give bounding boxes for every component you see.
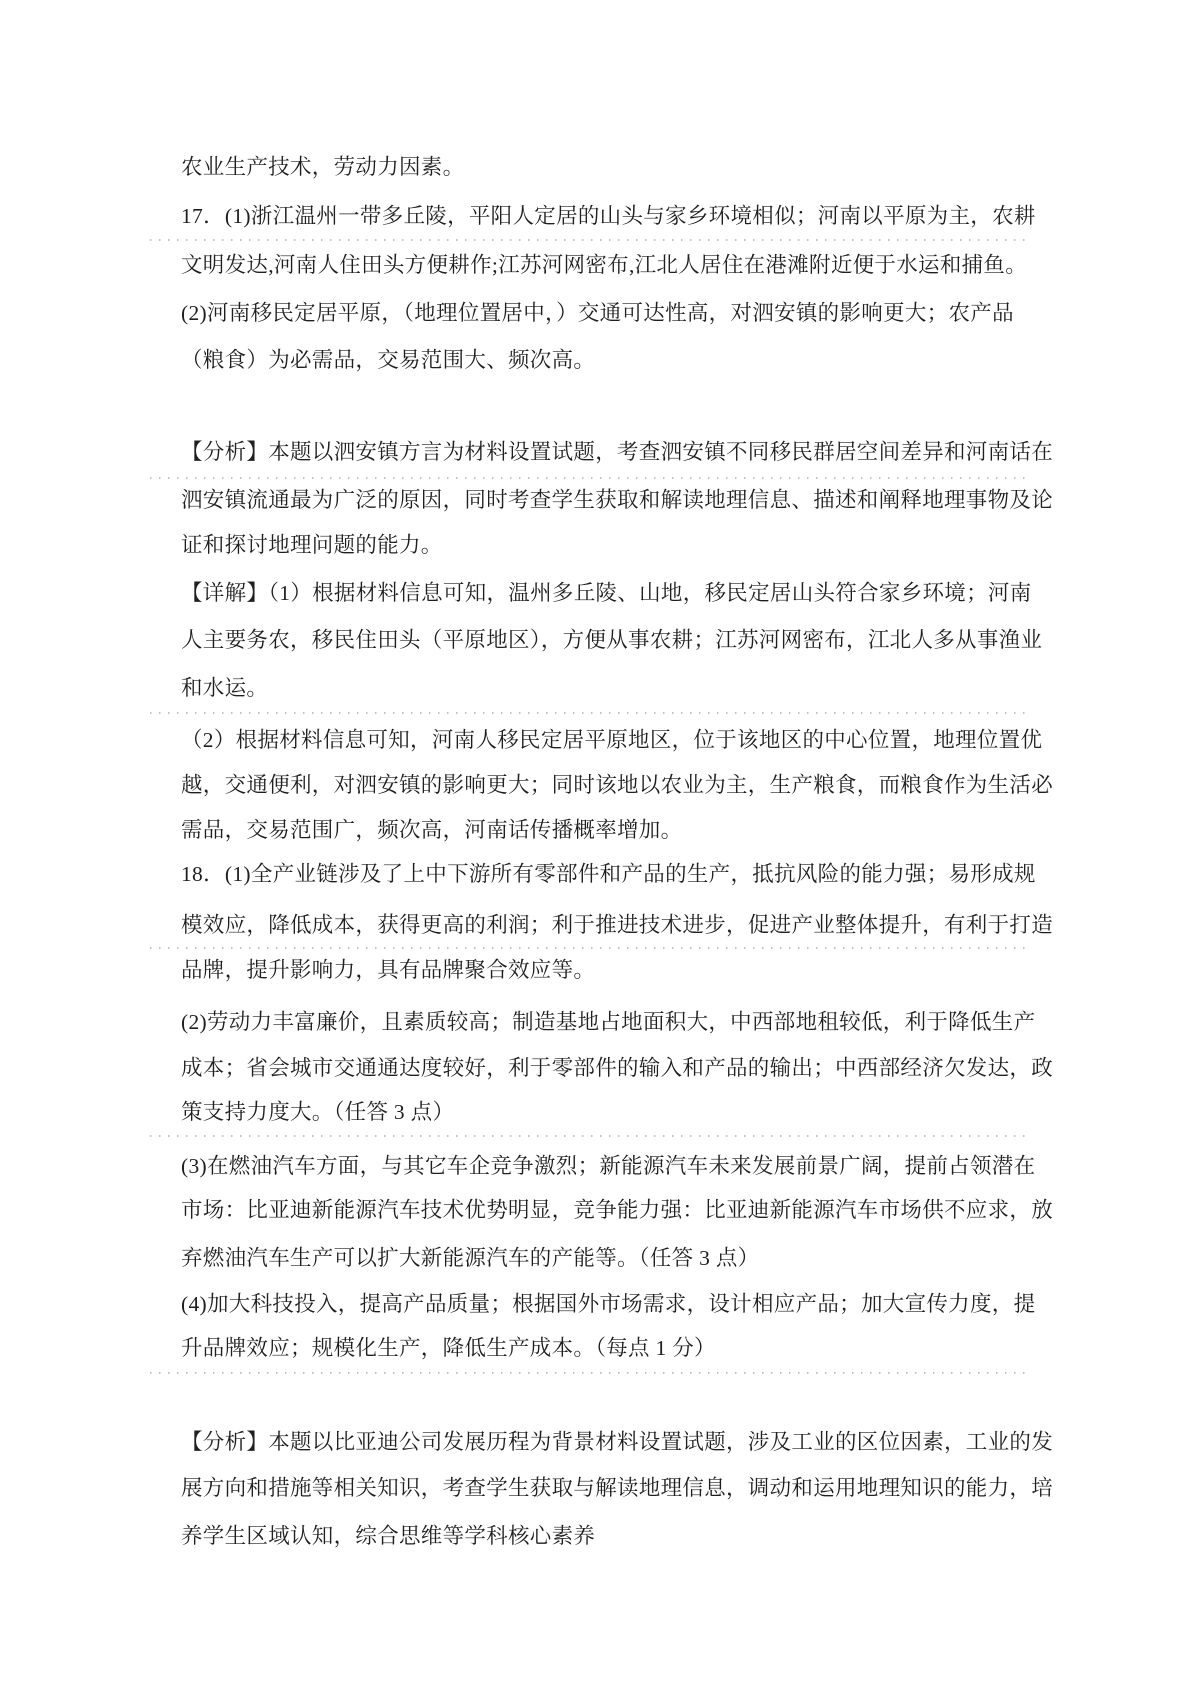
text-line: 品牌，提升影响力，具有品牌聚合效应等。 xyxy=(181,957,595,984)
text-line: 【分析】本题以泗安镇方言为材料设置试题，考查泗安镇不同移民群居空间差异和河南话在 xyxy=(181,439,1053,466)
text-line: 养学生区域认知，综合思维等学科核心素养 xyxy=(181,1523,595,1550)
dotted-separator-line xyxy=(150,239,1032,241)
text-line: 市场：比亚迪新能源汽车技术优势明显，竞争能力强：比亚迪新能源汽车市场供不应求，放 xyxy=(181,1197,1053,1224)
dotted-separator-line xyxy=(150,947,1032,949)
dotted-separator-line xyxy=(150,1372,1032,1374)
text-line: 模效应，降低成本，获得更高的利润；利于推进技术进步，促进产业整体提升，有利于打造 xyxy=(181,912,1053,939)
text-line: 【分析】本题以比亚迪公司发展历程为背景材料设置试题，涉及工业的区位因素，工业的发 xyxy=(181,1429,1053,1456)
text-line: 弃燃油汽车生产可以扩大新能源汽车的产能等。（任答 3 点） xyxy=(181,1245,759,1272)
text-line: （粮食）为必需品，交易范围大、频次高。 xyxy=(181,347,595,374)
text-line: 升品牌效应；规模化生产，降低生产成本。（每点 1 分） xyxy=(181,1335,716,1362)
text-line: 17．(1)浙江温州一带多丘陵，平阳人定居的山头与家乡环境相似；河南以平原为主，… xyxy=(181,203,1036,230)
text-line: 需品，交易范围广，频次高，河南话传播概率增加。 xyxy=(181,817,682,844)
text-line: 18．(1)全产业链涉及了上中下游所有零部件和产品的生产，抵抗风险的能力强；易形… xyxy=(181,861,1036,888)
text-line: （2）根据材料信息可知，河南人移民定居平原地区，位于该地区的中心位置，地理位置优 xyxy=(181,727,1042,754)
text-line: 农业生产技术，劳动力因素。 xyxy=(181,154,464,181)
text-line: 成本；省会城市交通通达度较好，利于零部件的输入和产品的输出；中西部经济欠发达，政 xyxy=(181,1055,1053,1082)
text-line: 【详解】（1）根据材料信息可知，温州多丘陵、山地，移民定居山头符合家乡环境；河南 xyxy=(181,580,1032,607)
text-line: 人主要务农，移民住田头（平原地区），方便从事农耕；江苏河网密布，江北人多从事渔业 xyxy=(181,627,1042,654)
text-line: (3)在燃油汽车方面，与其它车企竞争激烈；新能源汽车未来发展前景广阔，提前占领潜… xyxy=(181,1153,1035,1180)
dotted-separator-line xyxy=(150,1135,1032,1137)
text-line: 展方向和措施等相关知识，考查学生获取与解读地理信息，调动和运用地理知识的能力，培 xyxy=(181,1475,1053,1502)
dotted-separator-line xyxy=(150,712,1032,714)
text-line: (2)劳动力丰富廉价，且素质较高；制造基地占地面积大，中西部地租较低，利于降低生… xyxy=(181,1009,1035,1036)
text-line: 文明发达,河南人住田头方便耕作;江苏河网密布,江北人居住在港滩附近便于水运和捕鱼… xyxy=(181,252,1027,279)
text-line: 策支持力度大。（任答 3 点） xyxy=(181,1099,454,1126)
text-line: (4)加大科技投入，提高产品质量；根据国外市场需求，设计相应产品；加大宣传力度，… xyxy=(181,1291,1035,1318)
text-line: (2)河南移民定居平原，（地理位置居中，）交通可达性高，对泗安镇的影响更大；农产… xyxy=(181,300,1014,327)
text-line: 和水运。 xyxy=(181,675,268,702)
text-line: 证和探讨地理问题的能力。 xyxy=(181,532,443,559)
text-line: 越，交通便利，对泗安镇的影响更大；同时该地以农业为主，生产粮食，而粮食作为生活必 xyxy=(181,772,1053,799)
answer-document-page: 农业生产技术，劳动力因素。17．(1)浙江温州一带多丘陵，平阳人定居的山头与家乡… xyxy=(0,0,1200,1698)
text-line: 泗安镇流通最为广泛的原因，同时考查学生获取和解读地理信息、描述和阐释地理事物及论 xyxy=(181,487,1053,514)
dotted-separator-line xyxy=(150,477,1032,479)
